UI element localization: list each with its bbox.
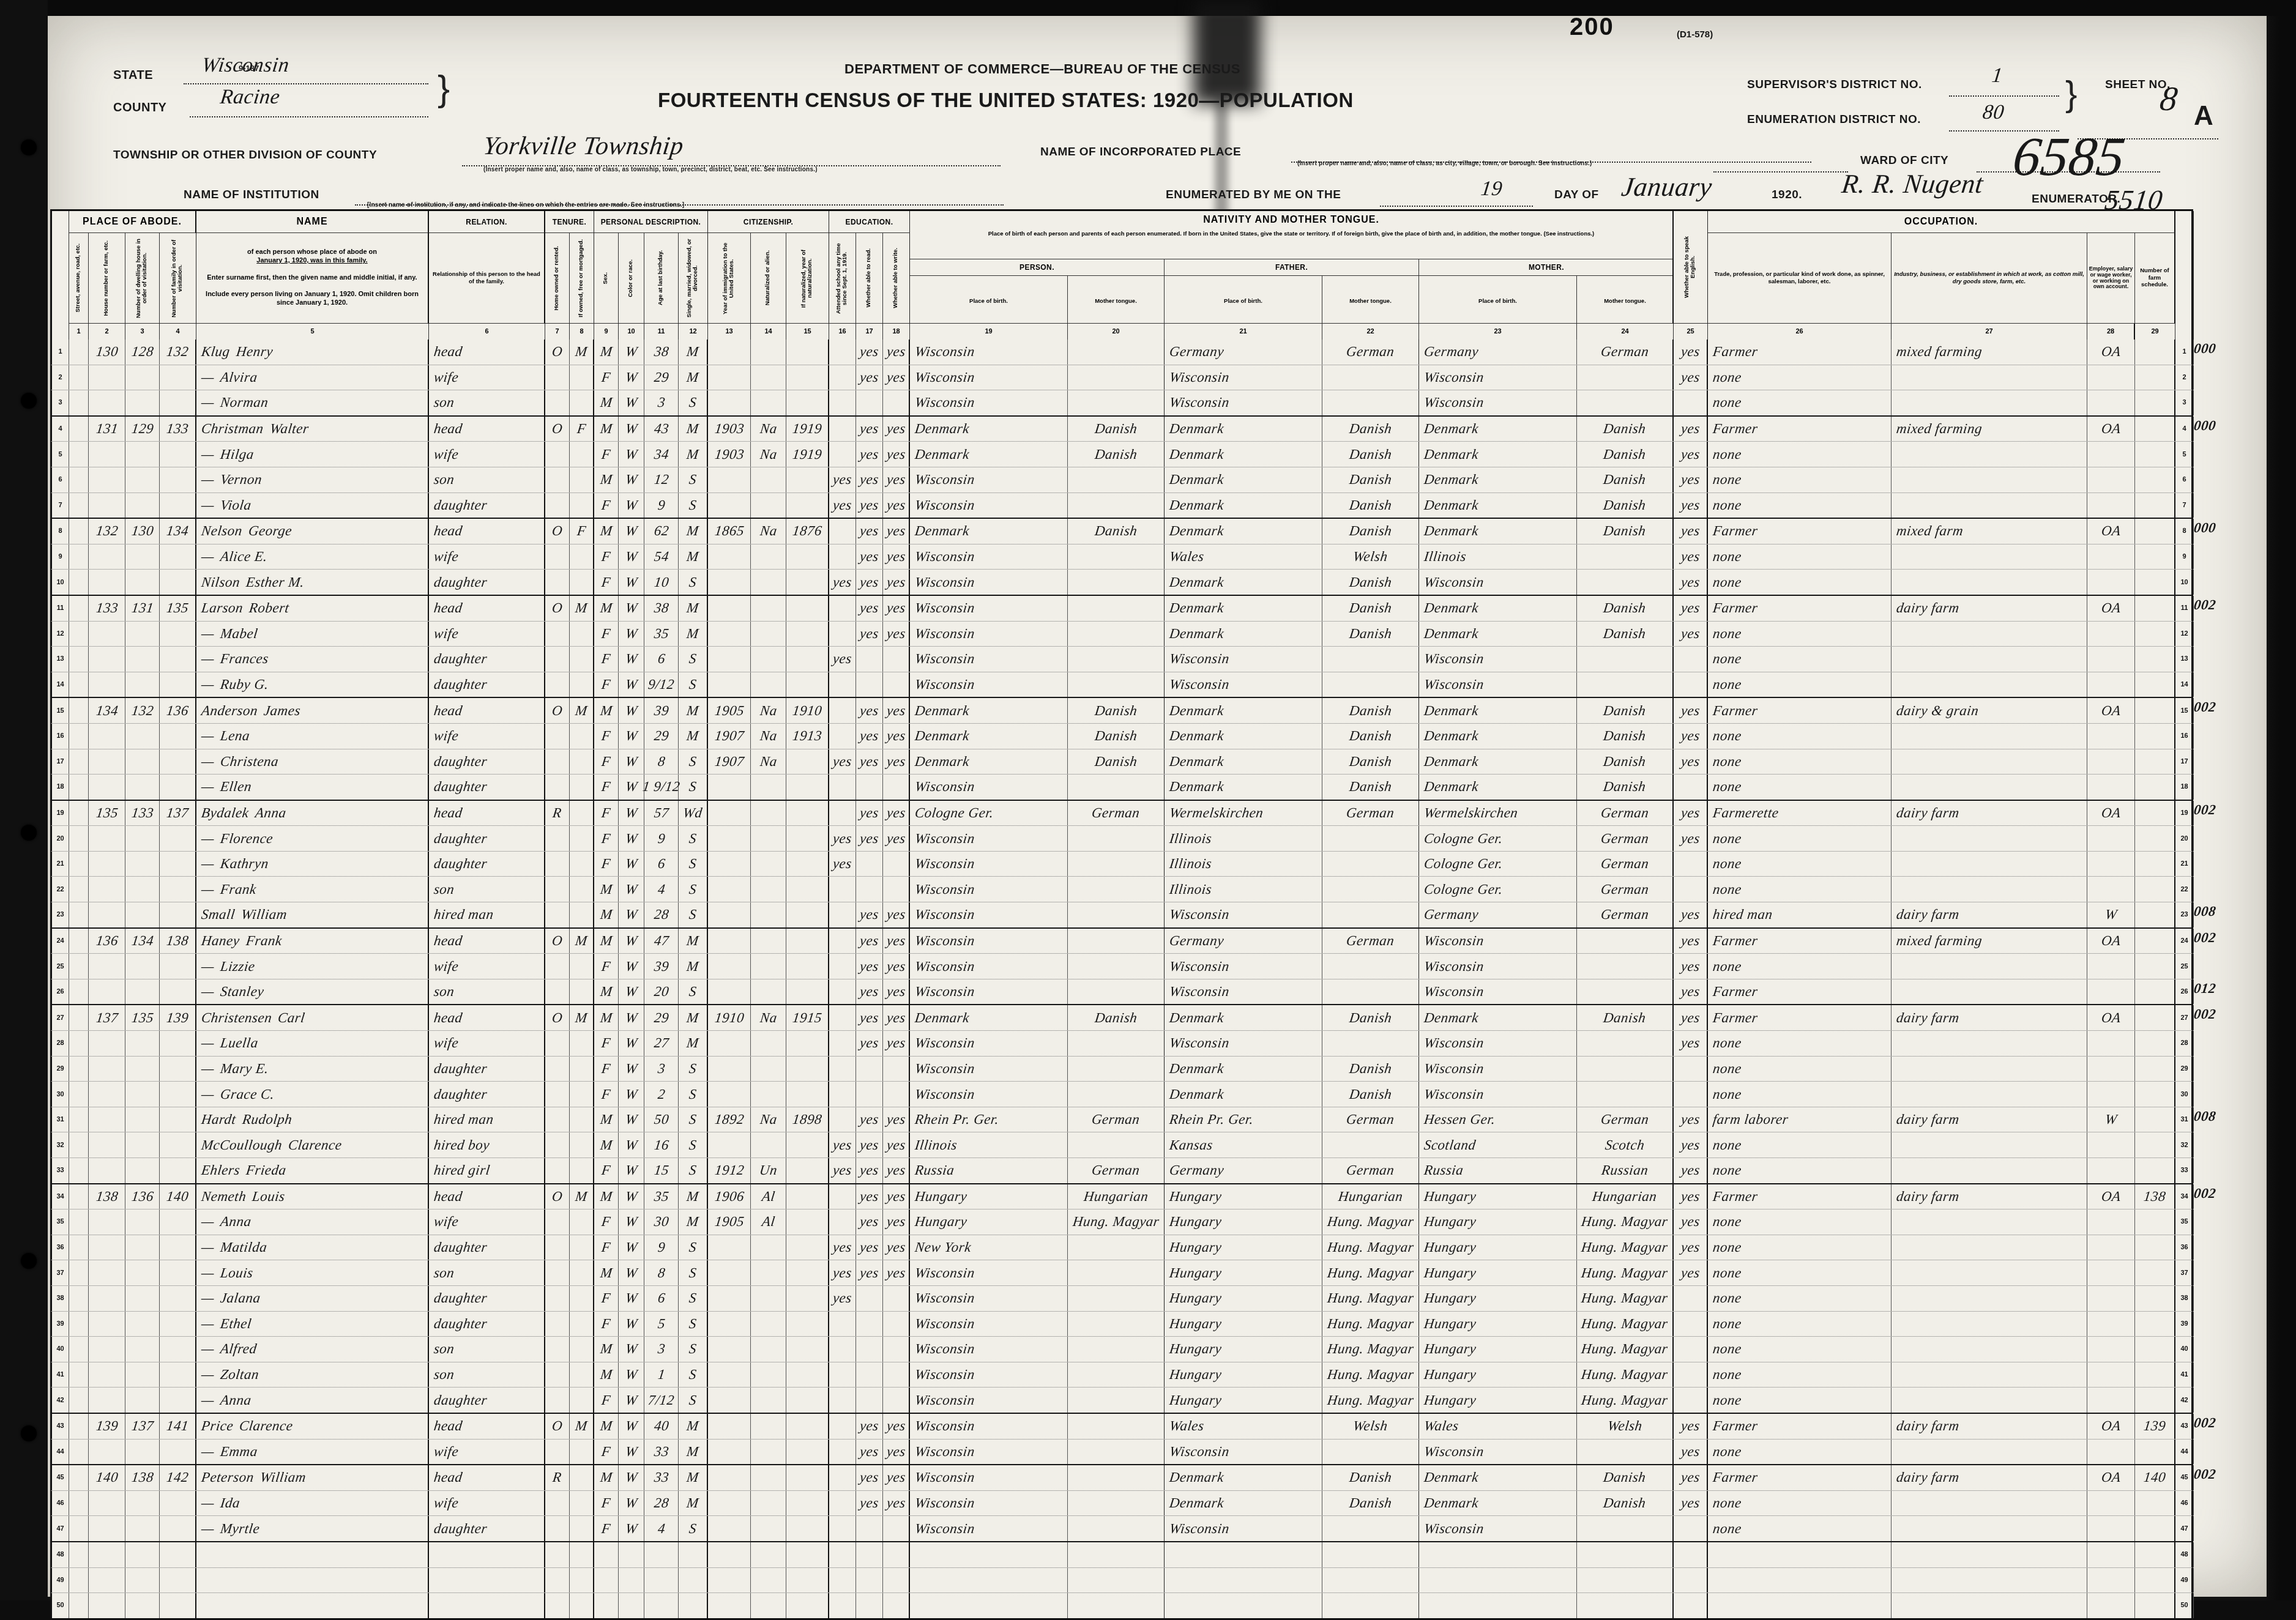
cell-name: HaneyFrank: [196, 929, 429, 954]
table-row: 31HardtRudolphhired manMW50S1892Na1898ye…: [50, 1107, 2193, 1133]
cell-rel: head: [429, 1414, 545, 1439]
cell-m8: F: [570, 417, 594, 442]
cell-f: Denmark: [1165, 519, 1322, 544]
cell-ind: [1892, 979, 2087, 1005]
cell-f: Germany: [1165, 340, 1322, 365]
cell-ms: M: [679, 1491, 708, 1516]
cell-n3: [160, 852, 196, 877]
cell-c: [619, 1593, 644, 1600]
cell-f: Hungary: [1165, 1388, 1322, 1413]
table-row: 22—FranksonMW4SWisconsinIllinoisCologne …: [50, 877, 2193, 902]
cell-en: yes: [1674, 1158, 1708, 1183]
state-value: Wisconsin: [201, 54, 291, 77]
ward-label: WARD OF CITY: [1860, 154, 1948, 168]
scan-edge-left: [0, 0, 48, 1600]
cell-wr: yes: [883, 1031, 910, 1056]
cell-rel: wife: [429, 544, 545, 570]
cell-t: R: [545, 1465, 570, 1490]
cell-wr: yes: [883, 1184, 910, 1209]
cell-n2: [125, 467, 160, 492]
cell-f: [1165, 1542, 1322, 1567]
cell-pt: [1068, 390, 1165, 415]
cell-pt: [1068, 1260, 1165, 1285]
cell-t: [545, 1286, 570, 1311]
cell-rd: yes: [856, 596, 883, 621]
cell-n1: 138: [89, 1184, 125, 1209]
cell-rel: hired man: [429, 902, 545, 927]
township-label: TOWNSHIP OR OTHER DIVISION OF COUNTY: [113, 149, 377, 162]
cell-oc: Farmer: [1708, 519, 1892, 544]
cell-na: Na: [751, 724, 786, 749]
cell-cl: [2087, 570, 2135, 595]
cell-mot: [1577, 544, 1674, 570]
punch-hole: [21, 1253, 37, 1269]
cell-n1: [89, 365, 125, 390]
cell-wr: yes: [883, 902, 910, 927]
cell-n3: [160, 493, 196, 518]
cell-ft: [1322, 1440, 1419, 1465]
cell-ft: Danish: [1322, 417, 1419, 442]
cell-en: [1674, 1516, 1708, 1541]
punch-hole: [21, 393, 37, 409]
cell-rel: daughter: [429, 775, 545, 800]
cell-ny: [786, 1158, 829, 1183]
cell-m8: [570, 1286, 594, 1311]
cell-p: Wisconsin: [910, 365, 1068, 390]
row-number-left: 34: [52, 1184, 69, 1209]
cell-n3: [160, 877, 196, 902]
cell-sx: M: [594, 929, 619, 954]
cell-age: 9: [644, 826, 679, 851]
cell-pt: [1068, 826, 1165, 851]
row-number-right: 44: [2175, 1440, 2194, 1465]
cell-m8: [570, 1235, 594, 1260]
cell-ms: S: [679, 1107, 708, 1132]
row-number-right: 50: [2175, 1593, 2194, 1600]
cell-wr: yes: [883, 340, 910, 365]
cell-en: yes: [1674, 902, 1708, 927]
cell-s16: yes: [829, 826, 856, 851]
cell-ny: 1876: [786, 519, 829, 544]
cell-m8: [570, 390, 594, 415]
cell-sx: M: [594, 340, 619, 365]
cell-na: [751, 570, 786, 595]
cell-rel: son: [429, 390, 545, 415]
col-age: Age at last birthday.: [644, 233, 679, 324]
cell-name: LarsonRobert: [196, 596, 429, 621]
cell-c: W: [619, 954, 644, 979]
cell-c: W: [619, 724, 644, 749]
cell-ms: S: [679, 1516, 708, 1541]
table-row: 13—FrancesdaughterFW6SyesWisconsinWiscon…: [50, 647, 2193, 672]
cell-n3: [160, 672, 196, 697]
cell-en: yes: [1674, 1235, 1708, 1260]
cell-street: [69, 698, 89, 723]
row-number-left: 27: [52, 1005, 69, 1030]
day-blank: [1380, 197, 1533, 207]
cell-f: Wales: [1165, 544, 1322, 570]
cell-street: [69, 826, 89, 851]
cell-s16: [829, 1542, 856, 1567]
cell-oc: none: [1708, 544, 1892, 570]
cell-fm: [2135, 1031, 2175, 1056]
year-printed: 1920.: [1772, 188, 1802, 202]
cell-f: Germany: [1165, 1158, 1322, 1183]
cell-na: [751, 493, 786, 518]
cell-wr: yes: [883, 954, 910, 979]
cell-fm: [2135, 979, 2175, 1005]
cell-ft: Danish: [1322, 493, 1419, 518]
cell-mo: [1419, 1568, 1577, 1593]
cell-n2: [125, 544, 160, 570]
cell-age: 39: [644, 954, 679, 979]
cell-f: Germany: [1165, 929, 1322, 954]
cell-age: [644, 1568, 679, 1593]
cell-p: Cologne Ger.: [910, 801, 1068, 826]
cell-wr: yes: [883, 519, 910, 544]
cell-n2: [125, 1209, 160, 1235]
table-row: 10NilsonEsther M.daughterFW10SyesyesyesW…: [50, 570, 2193, 596]
cell-p: Wisconsin: [910, 954, 1068, 979]
column-number-5: 5: [196, 324, 429, 340]
cell-n3: 136: [160, 698, 196, 723]
cell-name: —Florence: [196, 826, 429, 851]
cell-c: W: [619, 365, 644, 390]
cell-p: Russia: [910, 1158, 1068, 1183]
cell-ny: [786, 1312, 829, 1337]
cell-sx: F: [594, 801, 619, 826]
cell-street: [69, 1312, 89, 1337]
cell-n2: [125, 390, 160, 415]
cell-im: [708, 1542, 751, 1567]
relation-instructions: Relationship of this person to the head …: [429, 233, 545, 324]
cell-en: yes: [1674, 519, 1708, 544]
cell-c: W: [619, 1005, 644, 1030]
column-number-27: 27: [1892, 324, 2087, 340]
cell-pt: [1068, 647, 1165, 672]
cell-ind: mixed farming: [1892, 417, 2087, 442]
cell-rd: [856, 1312, 883, 1337]
cell-rel: daughter: [429, 1516, 545, 1541]
cell-rel: daughter: [429, 493, 545, 518]
row-number-right: 33: [2175, 1158, 2194, 1183]
cell-ms: M: [679, 519, 708, 544]
cell-wr: yes: [883, 467, 910, 492]
cell-name: —Emma: [196, 1440, 429, 1465]
cell-rd: yes: [856, 698, 883, 723]
cell-rd: yes: [856, 365, 883, 390]
cell-im: [708, 1082, 751, 1107]
cell-c: W: [619, 1414, 644, 1439]
cell-ind: [1892, 544, 2087, 570]
cell-m8: [570, 1542, 594, 1567]
cell-n3: 139: [160, 1005, 196, 1030]
cell-age: 29: [644, 1005, 679, 1030]
cell-en: yes: [1674, 570, 1708, 595]
cell-t: [545, 493, 570, 518]
cell-age: 40: [644, 1414, 679, 1439]
row-number-right: 39: [2175, 1312, 2194, 1337]
cell-en: [1674, 852, 1708, 877]
cell-m8: [570, 801, 594, 826]
cell-na: [751, 1337, 786, 1362]
table-row: 45140138142PetersonWilliamheadRMW33Myesy…: [50, 1465, 2193, 1491]
cell-mo: Scotland: [1419, 1132, 1577, 1157]
cell-en: yes: [1674, 1414, 1708, 1439]
cell-wr: [883, 1516, 910, 1541]
cell-street: [69, 519, 89, 544]
cell-en: yes: [1674, 493, 1708, 518]
cell-rel: son: [429, 979, 545, 1005]
cell-t: [545, 749, 570, 775]
cell-oc: none: [1708, 1209, 1892, 1235]
cell-fm: [2135, 801, 2175, 826]
row-number-left: 37: [52, 1260, 69, 1285]
cell-ny: [786, 929, 829, 954]
cell-wr: yes: [883, 1465, 910, 1490]
cell-rd: yes: [856, 979, 883, 1005]
cell-pt: [1068, 1337, 1165, 1362]
cell-p: Illinois: [910, 1132, 1068, 1157]
cell-p: Wisconsin: [910, 1082, 1068, 1107]
cell-pt: [1068, 1312, 1165, 1337]
row-number-left: 21: [52, 852, 69, 877]
cell-mo: Hungary: [1419, 1209, 1577, 1235]
cell-n2: [125, 493, 160, 518]
table-row: 7—VioladaughterFW9SyesyesyesWisconsinDen…: [50, 493, 2193, 519]
cell-mo: [1419, 1593, 1577, 1600]
cell-ft: Danish: [1322, 570, 1419, 595]
cell-sx: F: [594, 672, 619, 697]
cell-en: yes: [1674, 1031, 1708, 1056]
row-number-left: 9: [52, 544, 69, 570]
cell-en: yes: [1674, 544, 1708, 570]
row-number-right: 26012: [2175, 979, 2194, 1005]
cell-name: —Ellen: [196, 775, 429, 800]
cell-cl: OA: [2087, 929, 2135, 954]
cell-fm: [2135, 1107, 2175, 1132]
cell-rel: son: [429, 1337, 545, 1362]
cell-m8: [570, 1465, 594, 1490]
cell-ms: Wd: [679, 801, 708, 826]
cell-mot: Danish: [1577, 493, 1674, 518]
cell-ft: Danish: [1322, 622, 1419, 647]
cell-ft: [1322, 672, 1419, 697]
cell-ny: [786, 1593, 829, 1600]
cell-n1: [89, 1388, 125, 1413]
cell-wr: yes: [883, 1440, 910, 1465]
cell-ind: [1892, 442, 2087, 467]
cell-fm: [2135, 1005, 2175, 1030]
cell-c: W: [619, 902, 644, 927]
cell-m8: M: [570, 1414, 594, 1439]
cell-mo: Hungary: [1419, 1286, 1577, 1311]
cell-cl: OA: [2087, 519, 2135, 544]
cell-n1: [89, 1286, 125, 1311]
cell-en: yes: [1674, 1132, 1708, 1157]
cell-age: 8: [644, 749, 679, 775]
cell-s16: [829, 929, 856, 954]
cell-wr: [883, 1388, 910, 1413]
cell-cl: [2087, 1286, 2135, 1311]
cell-c: W: [619, 1082, 644, 1107]
cell-name: —Stanley: [196, 979, 429, 1005]
cell-t: [545, 1209, 570, 1235]
group-nativity: NATIVITY AND MOTHER TONGUE.Place of birt…: [910, 211, 1674, 324]
cell-sx: F: [594, 1312, 619, 1337]
cell-ms: [679, 1542, 708, 1567]
cell-ny: [786, 493, 829, 518]
cell-n3: 133: [160, 417, 196, 442]
cell-f: Wisconsin: [1165, 365, 1322, 390]
cell-sx: F: [594, 365, 619, 390]
cell-oc: none: [1708, 1235, 1892, 1260]
row-number-left: 24: [52, 929, 69, 954]
cell-rel: hired boy: [429, 1132, 545, 1157]
cell-pt: German: [1068, 801, 1165, 826]
cell-fm: [2135, 570, 2175, 595]
cell-fm: [2135, 519, 2175, 544]
state-label: STATE: [113, 69, 153, 83]
table-row: 36—MatildadaughterFW9SyesyesyesNew YorkH…: [50, 1235, 2193, 1261]
row-number-left: 17: [52, 749, 69, 775]
cell-ind: dairy farm: [1892, 1107, 2087, 1132]
cell-m8: M: [570, 1005, 594, 1030]
cell-s16: [829, 1491, 856, 1516]
cell-fm: [2135, 1516, 2175, 1541]
cell-sx: [594, 1593, 619, 1600]
cell-c: W: [619, 493, 644, 518]
cell-sx: F: [594, 775, 619, 800]
column-number-24: 24: [1577, 324, 1674, 340]
cell-fm: [2135, 442, 2175, 467]
row-number-right: 2: [2175, 365, 2194, 390]
cell-t: O: [545, 1414, 570, 1439]
cell-name: [196, 1593, 429, 1600]
cell-c: W: [619, 1184, 644, 1209]
cell-name: —Viola: [196, 493, 429, 518]
brace: }: [438, 67, 450, 110]
cell-age: 9/12: [644, 672, 679, 697]
cell-oc: farm laborer: [1708, 1107, 1892, 1132]
county-value: Racine: [219, 86, 281, 109]
cell-f: Denmark: [1165, 698, 1322, 723]
cell-wr: [883, 390, 910, 415]
cell-fm: [2135, 1362, 2175, 1388]
cell-street: [69, 365, 89, 390]
cell-im: [708, 929, 751, 954]
cell-n1: [89, 442, 125, 467]
cell-t: [545, 1260, 570, 1285]
cell-mot: German: [1577, 801, 1674, 826]
cell-n3: 134: [160, 519, 196, 544]
cell-mot: Danish: [1577, 1491, 1674, 1516]
cell-wr: yes: [883, 570, 910, 595]
cell-rel: daughter: [429, 672, 545, 697]
cell-name: ChristmanWalter: [196, 417, 429, 442]
cell-f: Wisconsin: [1165, 902, 1322, 927]
cell-c: W: [619, 544, 644, 570]
cell-m8: [570, 954, 594, 979]
cell-m8: [570, 826, 594, 851]
cell-en: yes: [1674, 724, 1708, 749]
cell-wr: yes: [883, 826, 910, 851]
cell-f: [1165, 1593, 1322, 1600]
cell-n1: 132: [89, 519, 125, 544]
cell-oc: Farmer: [1708, 1184, 1892, 1209]
cell-n1: 136: [89, 929, 125, 954]
cell-p: Wisconsin: [910, 1057, 1068, 1082]
cell-m8: [570, 1388, 594, 1413]
cell-wr: yes: [883, 1005, 910, 1030]
cell-ny: 1915: [786, 1005, 829, 1030]
cell-t: [545, 1312, 570, 1337]
cell-rd: yes: [856, 1465, 883, 1490]
cell-m8: [570, 1107, 594, 1132]
cell-mo: Wisconsin: [1419, 1440, 1577, 1465]
cell-wr: yes: [883, 493, 910, 518]
cell-rel: son: [429, 1260, 545, 1285]
cell-sx: F: [594, 724, 619, 749]
cell-age: 1: [644, 1362, 679, 1388]
cell-im: [708, 902, 751, 927]
cell-ft: [1322, 365, 1419, 390]
cell-rd: [856, 672, 883, 697]
cell-pt: [1068, 1593, 1165, 1600]
cell-fm: [2135, 1568, 2175, 1593]
cell-street: [69, 902, 89, 927]
row-number-right: 23008: [2175, 902, 2194, 927]
cell-name: —Zoltan: [196, 1362, 429, 1388]
cell-f: Wisconsin: [1165, 979, 1322, 1005]
cell-na: [751, 1568, 786, 1593]
cell-n3: [160, 622, 196, 647]
cell-street: [69, 442, 89, 467]
cell-na: Na: [751, 698, 786, 723]
cell-n3: [160, 1209, 196, 1235]
cell-en: yes: [1674, 596, 1708, 621]
cell-rd: [856, 1388, 883, 1413]
cell-n2: 137: [125, 1414, 160, 1439]
cell-s16: yes: [829, 852, 856, 877]
cell-s16: [829, 622, 856, 647]
cell-mo: Hungary: [1419, 1260, 1577, 1285]
cell-age: 6: [644, 852, 679, 877]
cell-f: Denmark: [1165, 1005, 1322, 1030]
cell-street: [69, 1593, 89, 1600]
row-number-left: 47: [52, 1516, 69, 1541]
cell-ind: [1892, 749, 2087, 775]
cell-en: yes: [1674, 340, 1708, 365]
cell-age: 38: [644, 596, 679, 621]
cell-age: 6: [644, 647, 679, 672]
cell-ind: [1892, 570, 2087, 595]
table-row: 14—Ruby G.daughterFW9/12SWisconsinWiscon…: [50, 672, 2193, 699]
cell-street: [69, 1082, 89, 1107]
cell-en: [1674, 1337, 1708, 1362]
cell-pt: [1068, 1235, 1165, 1260]
cell-name: —Vernon: [196, 467, 429, 492]
cell-mo: Denmark: [1419, 724, 1577, 749]
cell-ny: [786, 672, 829, 697]
cell-cl: [2087, 1388, 2135, 1413]
cell-ind: [1892, 1158, 2087, 1183]
cell-n1: [89, 672, 125, 697]
cell-n1: [89, 622, 125, 647]
row-number-right: 8000: [2175, 519, 2194, 544]
cell-n1: [89, 1337, 125, 1362]
row-number-left: 1: [52, 340, 69, 365]
